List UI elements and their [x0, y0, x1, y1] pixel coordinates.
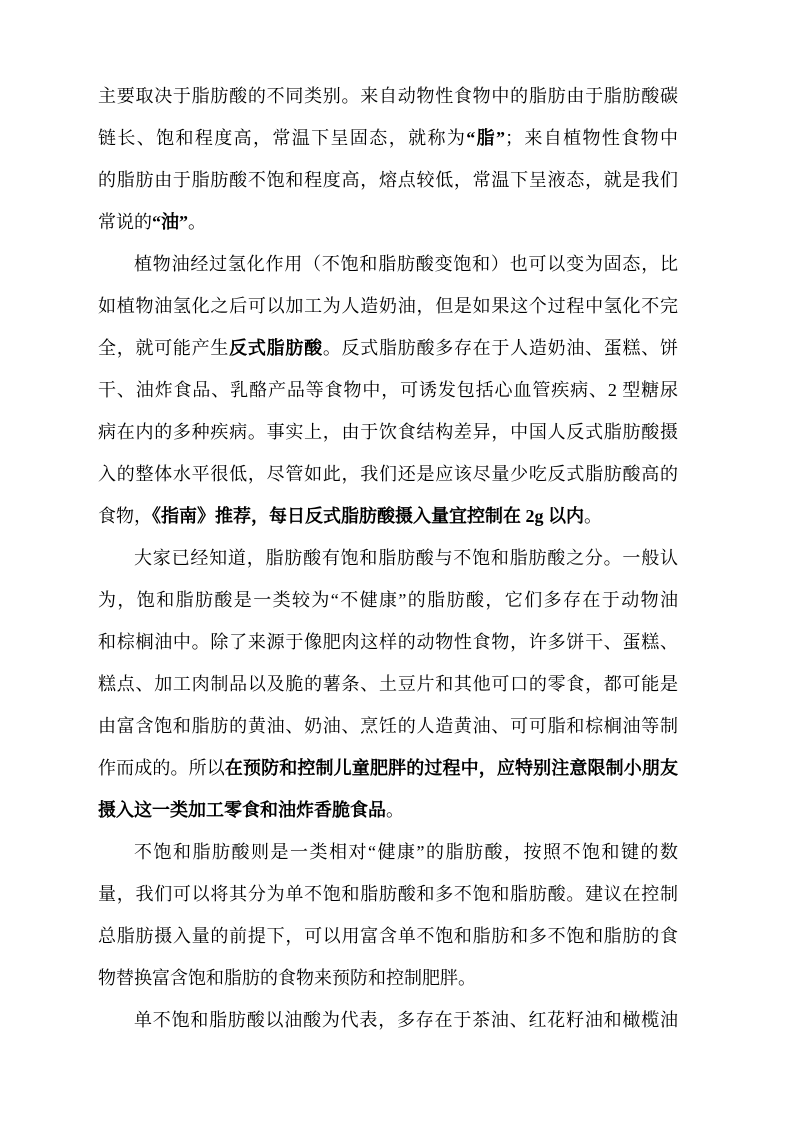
paragraph-2-line-3: 全，就可能产生反式脂肪酸。反式脂肪酸多存在于人造奶油、蛋糕、饼 [98, 327, 678, 369]
text-run: 植物油经过氢化作用（不饱和脂肪酸变饱和）也可以变为固态，比 [134, 254, 678, 274]
paragraph-2-line-2: 如植物油氢化之后可以加工为人造奶油，但是如果这个过程中氢化不完 [98, 285, 678, 327]
paragraph-3-line-3: 和棕榈油中。除了来源于像肥肉这样的动物性食物，许多饼干、蛋糕、 [98, 621, 678, 663]
text-run: 。反式脂肪酸多存在于人造奶油、蛋糕、饼 [323, 338, 678, 358]
paragraph-5-line-1: 单不饱和脂肪酸以油酸为代表，多存在于茶油、红花籽油和橄榄油 [98, 999, 678, 1041]
paragraph-3-line-7: 摄入这一类加工零食和油炸香脆食品。 [98, 789, 678, 831]
paragraph-1-line-1: 主要取决于脂肪酸的不同类别。来自动物性食物中的脂肪由于脂肪酸碳 [98, 75, 678, 117]
paragraph-3-line-6: 作而成的。所以在预防和控制儿童肥胖的过程中，应特别注意限制小朋友 [98, 747, 678, 789]
paragraph-3-line-5: 由富含饱和脂肪的黄油、奶油、烹饪的人造黄油、可可脂和棕榈油等制 [98, 705, 678, 747]
text-run: 食物， [98, 506, 152, 526]
text-run: ；来自植物性食物中 [505, 128, 678, 148]
text-run: 。 [386, 800, 404, 820]
text-run: 作而成的。所以 [98, 758, 225, 778]
text-run: 由富含饱和脂肪的黄油、奶油、烹饪的人造黄油、可可脂和棕榈油等制 [98, 716, 678, 736]
text-run: 物替换富含饱和脂肪的食物来预防和控制肥胖。 [98, 968, 476, 988]
paragraph-1-line-2: 链长、饱和程度高，常温下呈固态，就称为“脂”；来自植物性食物中 [98, 117, 678, 159]
text-run: 为，饱和脂肪酸是一类较为“不健康”的脂肪酸，它们多存在于动物油 [98, 590, 678, 610]
document-page: 主要取决于脂肪酸的不同类别。来自动物性食物中的脂肪由于脂肪酸碳链长、饱和程度高，… [0, 0, 793, 1122]
paragraph-2-line-4: 干、油炸食品、乳酪产品等食物中，可诱发包括心血管疾病、2 型糖尿 [98, 369, 678, 411]
paragraph-1-line-3: 的脂肪由于脂肪酸不饱和程度高，熔点较低，常温下呈液态，就是我们 [98, 159, 678, 201]
paragraph-1-line-4: 常说的“油”。 [98, 201, 678, 243]
paragraph-2-line-6: 入的整体水平很低，尽管如此，我们还是应该尽量少吃反式脂肪酸高的 [98, 453, 678, 495]
paragraph-2-line-1: 植物油经过氢化作用（不饱和脂肪酸变饱和）也可以变为固态，比 [98, 243, 678, 285]
paragraph-2-line-5: 病在内的多种疾病。事实上，由于饮食结构差异，中国人反式脂肪酸摄 [98, 411, 678, 453]
text-run: 糕点、加工肉制品以及脆的薯条、土豆片和其他可口的零食，都可能是 [98, 674, 678, 694]
bold-text-run: 反式脂肪酸 [229, 338, 323, 358]
text-run: 入的整体水平很低，尽管如此，我们还是应该尽量少吃反式脂肪酸高的 [98, 464, 678, 484]
paragraph-3-line-2: 为，饱和脂肪酸是一类较为“不健康”的脂肪酸，它们多存在于动物油 [98, 579, 678, 621]
text-run: 不饱和脂肪酸则是一类相对“健康”的脂肪酸，按照不饱和键的数 [134, 842, 678, 862]
text-run: 全，就可能产生 [98, 338, 229, 358]
text-run: 。 [584, 506, 602, 526]
paragraph-3-line-1: 大家已经知道，脂肪酸有饱和脂肪酸与不饱和脂肪酸之分。一般认 [98, 537, 678, 579]
paragraph-4-line-2: 量，我们可以将其分为单不饱和脂肪酸和多不饱和脂肪酸。建议在控制 [98, 873, 678, 915]
paragraph-3-line-4: 糕点、加工肉制品以及脆的薯条、土豆片和其他可口的零食，都可能是 [98, 663, 678, 705]
text-run: 常说的 [98, 212, 152, 232]
text-run: 总脂肪摄入量的前提下，可以用富含单不饱和脂肪和多不饱和脂肪的食 [98, 926, 678, 946]
text-run: 单不饱和脂肪酸以油酸为代表，多存在于茶油、红花籽油和橄榄油 [134, 1010, 678, 1030]
text-run: 链长、饱和程度高，常温下呈固态，就称为 [98, 128, 466, 148]
text-run: 的脂肪由于脂肪酸不饱和程度高，熔点较低，常温下呈液态，就是我们 [98, 170, 678, 190]
bold-text-run: 在预防和控制儿童肥胖的过程中，应特别注意限制小朋友 [225, 758, 678, 778]
paragraph-4-line-4: 物替换富含饱和脂肪的食物来预防和控制肥胖。 [98, 957, 678, 999]
bold-text-run: “脂” [466, 128, 505, 148]
text-run: 干、油炸食品、乳酪产品等食物中，可诱发包括心血管疾病、2 型糖尿 [98, 380, 678, 400]
paragraph-4-line-1: 不饱和脂肪酸则是一类相对“健康”的脂肪酸，按照不饱和键的数 [98, 831, 678, 873]
paragraph-2-line-7: 食物，《指南》推荐，每日反式脂肪酸摄入量宜控制在 2g 以内。 [98, 495, 678, 537]
paragraph-4-line-3: 总脂肪摄入量的前提下，可以用富含单不饱和脂肪和多不饱和脂肪的食 [98, 915, 678, 957]
text-run: 量，我们可以将其分为单不饱和脂肪酸和多不饱和脂肪酸。建议在控制 [98, 884, 678, 904]
document-body: 主要取决于脂肪酸的不同类别。来自动物性食物中的脂肪由于脂肪酸碳链长、饱和程度高，… [98, 75, 678, 1041]
bold-text-run: 摄入这一类加工零食和油炸香脆食品 [98, 800, 386, 820]
bold-text-run: “油” [152, 212, 188, 232]
text-run: 。 [188, 212, 206, 232]
text-run: 和棕榈油中。除了来源于像肥肉这样的动物性食物，许多饼干、蛋糕、 [98, 632, 678, 652]
text-run: 病在内的多种疾病。事实上，由于饮食结构差异，中国人反式脂肪酸摄 [98, 422, 678, 442]
bold-text-run: 《指南》推荐，每日反式脂肪酸摄入量宜控制在 2g 以内 [152, 506, 584, 526]
text-run: 大家已经知道，脂肪酸有饱和脂肪酸与不饱和脂肪酸之分。一般认 [134, 548, 678, 568]
text-run: 如植物油氢化之后可以加工为人造奶油，但是如果这个过程中氢化不完 [98, 296, 678, 316]
text-run: 主要取决于脂肪酸的不同类别。来自动物性食物中的脂肪由于脂肪酸碳 [98, 86, 678, 106]
